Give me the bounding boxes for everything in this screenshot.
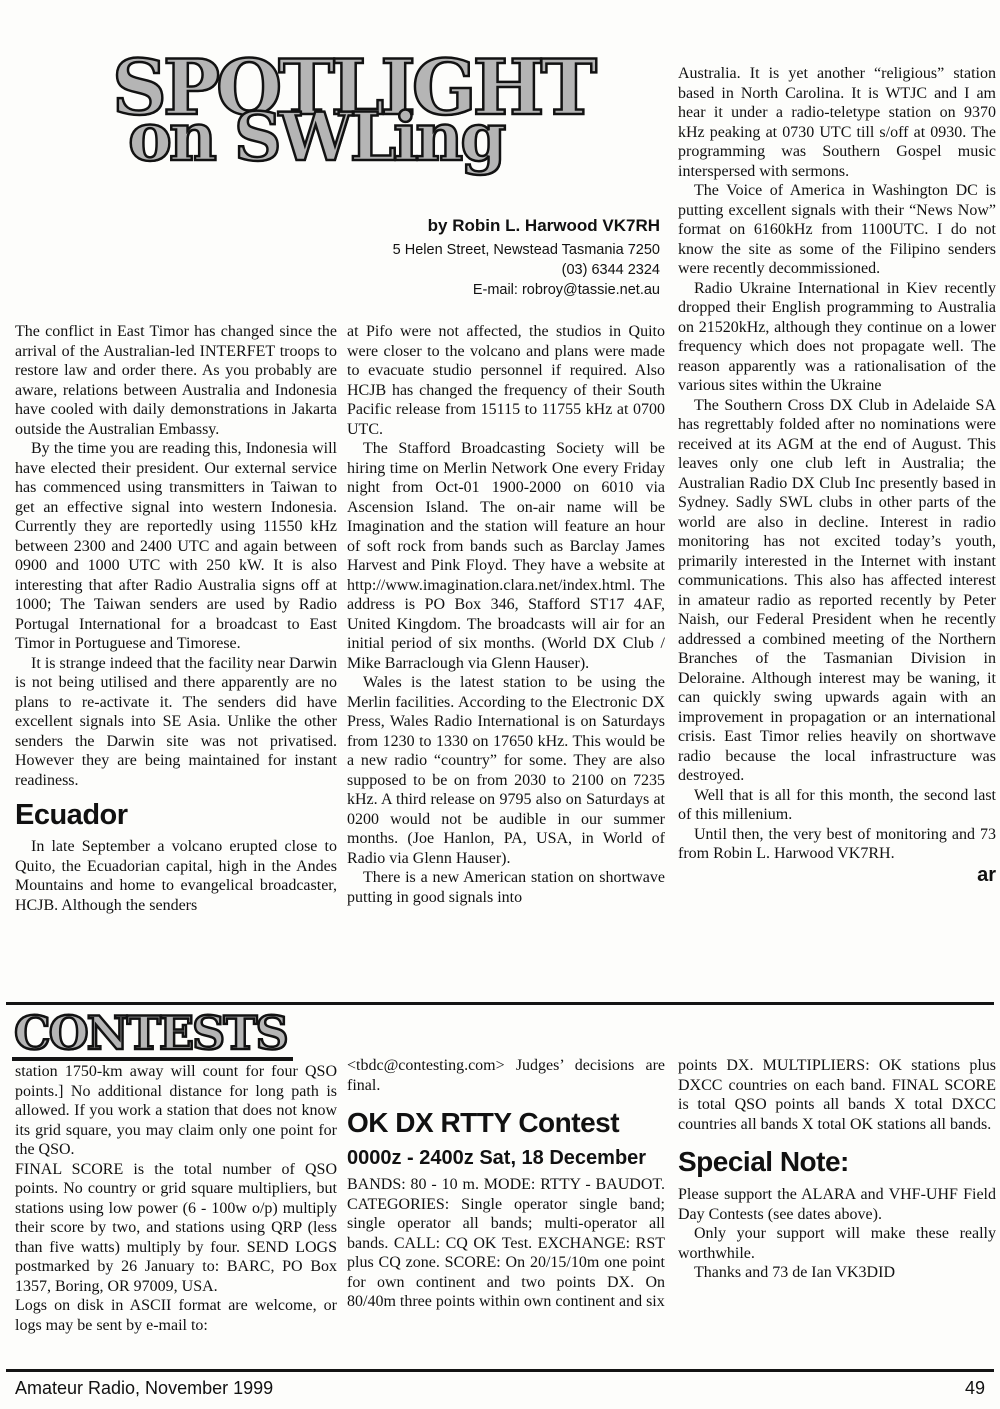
paragraph: It is strange indeed that the facility n…: [15, 654, 337, 791]
journal-title: Amateur Radio, November 1999: [15, 1378, 273, 1399]
paragraph: Until then, the very best of monitoring …: [678, 825, 996, 864]
author-address: 5 Helen Street, Newstead Tasmania 7250: [360, 240, 660, 260]
contests-logo: CONTESTS: [12, 1012, 293, 1061]
paragraph: Logs on disk in ASCII format are welcome…: [15, 1296, 337, 1335]
author-phone: (03) 6344 2324: [360, 260, 660, 280]
paragraph: The conflict in East Timor has changed s…: [15, 322, 337, 439]
paragraph: Well that is all for this month, the sec…: [678, 786, 996, 825]
contests-column-1: station 1750-km away will count for four…: [15, 1062, 337, 1335]
paragraph: Please support the ALARA and VHF-UHF Fie…: [678, 1185, 996, 1224]
page-number: 49: [965, 1378, 985, 1399]
paragraph: The Stafford Broadcasting Society will b…: [347, 439, 665, 673]
article-signoff: ar: [678, 866, 996, 886]
author-name: by Robin L. Harwood VK7RH: [360, 216, 660, 236]
paragraph: at Pifo were not affected, the studios i…: [347, 322, 665, 439]
swl-column-3: Australia. It is yet another “religious”…: [678, 64, 996, 885]
paragraph: FINAL SCORE is the total number of QSO p…: [15, 1160, 337, 1297]
spotlight-on-swling-logo: SPOTLIGHT on SWLing: [112, 56, 572, 165]
byline-block: by Robin L. Harwood VK7RH 5 Helen Street…: [360, 216, 660, 300]
page-footer: Amateur Radio, November 1999 49: [15, 1378, 985, 1399]
paragraph: station 1750-km away will count for four…: [15, 1062, 337, 1160]
swl-column-2: at Pifo were not affected, the studios i…: [347, 322, 665, 907]
paragraph: points DX. MULTIPLIERS: OK stations plus…: [678, 1056, 996, 1134]
contests-column-3: points DX. MULTIPLIERS: OK stations plus…: [678, 1056, 996, 1283]
contests-column-2: <tbdc@contesting.com> Judges’ decisions …: [347, 1056, 665, 1312]
paragraph: In late September a volcano erupted clos…: [15, 837, 337, 915]
magazine-page: SPOTLIGHT on SWLing by Robin L. Harwood …: [0, 0, 1000, 1409]
paragraph: The Southern Cross DX Club in Adelaide S…: [678, 396, 996, 786]
paragraph: Wales is the latest station to be using …: [347, 673, 665, 868]
author-email: E-mail: robroy@tassie.net.au: [360, 280, 660, 300]
footer-rule: [6, 1369, 994, 1372]
swl-column-1: The conflict in East Timor has changed s…: [15, 322, 337, 915]
paragraph: By the time you are reading this, Indone…: [15, 439, 337, 654]
paragraph: There is a new American station on short…: [347, 868, 665, 907]
heading-ok-dx-rtty-contest: OK DX RTTY Contest: [347, 1108, 665, 1137]
paragraph: Australia. It is yet another “religious”…: [678, 64, 996, 181]
section-heading-ecuador: Ecuador: [15, 800, 337, 830]
paragraph: Radio Ukraine International in Kiev rece…: [678, 279, 996, 396]
section-divider-rule: [6, 1002, 994, 1005]
subheading-contest-time: 0000z - 2400z Sat, 18 December: [347, 1146, 665, 1171]
heading-special-note: Special Note:: [678, 1147, 996, 1176]
paragraph: BANDS: 80 - 10 m. MODE: RTTY - BAUDOT. C…: [347, 1175, 665, 1312]
paragraph: Thanks and 73 de Ian VK3DID: [678, 1263, 996, 1283]
paragraph: Only your support will make these really…: [678, 1224, 996, 1263]
paragraph: <tbdc@contesting.com> Judges’ decisions …: [347, 1056, 665, 1095]
paragraph: The Voice of America in Washington DC is…: [678, 181, 996, 279]
